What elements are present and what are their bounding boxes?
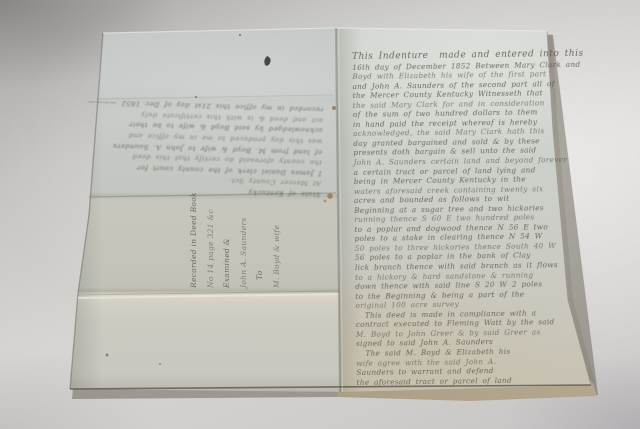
photograph-of-handwritten-deed: This Indenture made and entered into thi…: [0, 0, 640, 429]
